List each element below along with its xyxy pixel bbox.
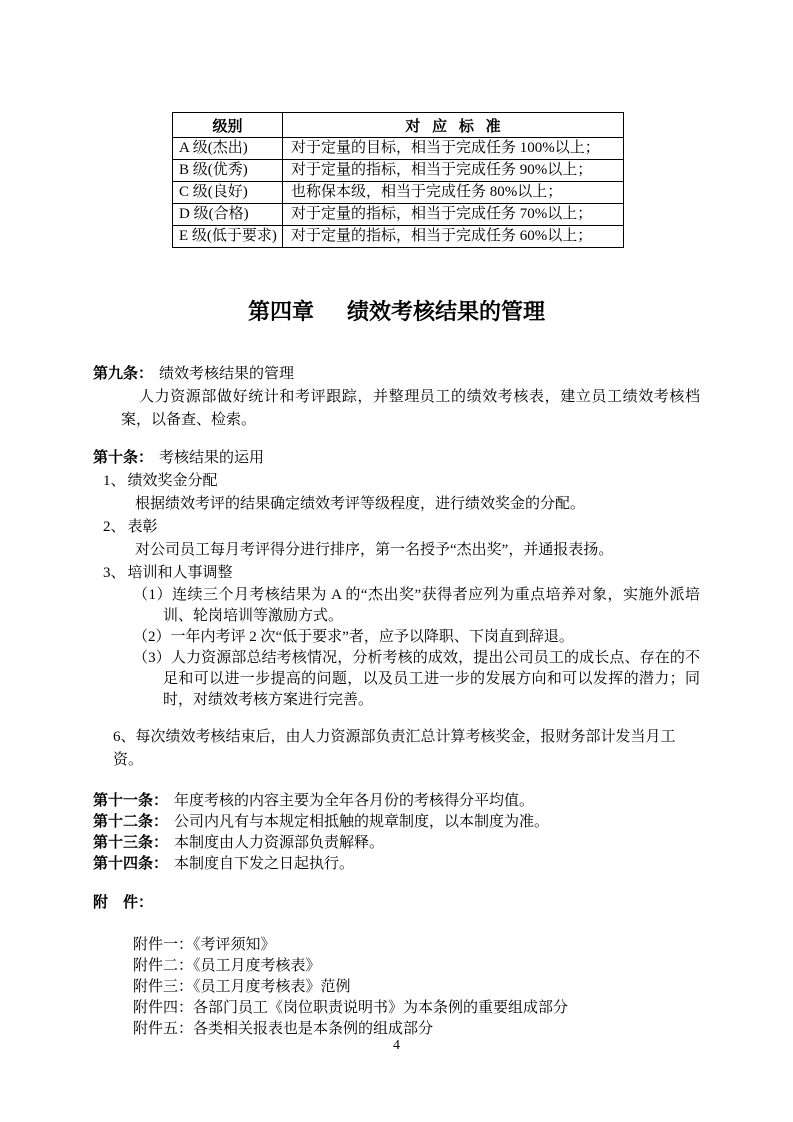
level-cell: E 级(低于要求): [173, 226, 283, 248]
article-11: 第十一条：年度考核的内容主要为全年各月份的考核得分平均值。: [93, 791, 700, 812]
article-10-heading: 第十条：考核结果的运用: [93, 447, 700, 470]
sub-item-1: （1）连续三个月考核结果为 A 的“杰出奖”获得者应列为重点培养对象，实施外派培…: [133, 585, 700, 627]
table-header-level: 级别: [173, 113, 283, 138]
list-item-3-heading: 3、培训和人事调整: [103, 562, 700, 585]
table-row: A 级(杰出) 对于定量的目标，相当于完成任务 100%以上；: [173, 138, 624, 160]
list-item-3-number: 3、: [103, 565, 126, 581]
article-11-label: 第十一条：: [93, 793, 168, 809]
attachment-item: 附件一：《考评须知》: [133, 935, 700, 956]
standard-cell: 对于定量的指标，相当于完成任务 70%以上；: [283, 204, 624, 226]
list-item-1-number: 1、: [103, 473, 126, 489]
table-header-row: 级别 对 应 标 准: [173, 113, 624, 138]
level-cell: B 级(优秀): [173, 160, 283, 182]
chapter-number: 第四章: [248, 299, 314, 324]
table-row: D 级(合格) 对于定量的指标，相当于完成任务 70%以上；: [173, 204, 624, 226]
document-page: 级别 对 应 标 准 A 级(杰出) 对于定量的目标，相当于完成任务 100%以…: [0, 0, 793, 1122]
list-item-3-title: 培训和人事调整: [128, 565, 233, 581]
table-row: B 级(优秀) 对于定量的指标，相当于完成任务 90%以上；: [173, 160, 624, 182]
standard-cell: 也称保本级，相当于完成任务 80%以上；: [283, 182, 624, 204]
attachment-item: 附件二：《员工月度考核表》: [133, 956, 700, 977]
attachment-item: 附件五：各类相关报表也是本条例的组成部分: [133, 1019, 700, 1040]
article-10-label: 第十条：: [93, 450, 153, 466]
attachments-label: 附 件：: [93, 892, 700, 915]
article-9-title: 绩效考核结果的管理: [159, 366, 294, 382]
list-item-2-heading: 2、表彰: [103, 516, 700, 539]
article-12-text: 公司内凡有与本规定相抵触的规章制度，以本制度为准。: [174, 814, 549, 830]
list-item-1-body: 根据绩效考评的结果确定绩效考评等级程度，进行绩效奖金的分配。: [135, 493, 700, 516]
page-content: 级别 对 应 标 准 A 级(杰出) 对于定量的目标，相当于完成任务 100%以…: [0, 0, 793, 1040]
level-cell: C 级(良好): [173, 182, 283, 204]
table-row: C 级(良好) 也称保本级，相当于完成任务 80%以上；: [173, 182, 624, 204]
article-13-text: 本制度由人力资源部负责解释。: [174, 835, 384, 851]
list-item-2-number: 2、: [103, 519, 126, 535]
articles-11-14: 第十一条：年度考核的内容主要为全年各月份的考核得分平均值。 第十二条：公司内凡有…: [93, 791, 700, 875]
page-number: 4: [0, 1038, 793, 1054]
article-14: 第十四条：本制度自下发之日起执行。: [93, 854, 700, 875]
article-9-label: 第九条：: [93, 366, 153, 382]
article-9: 第九条：绩效考核结果的管理 人力资源部做好统计和考评跟踪，并整理员工的绩效考核表…: [93, 363, 700, 432]
table-header-standard: 对 应 标 准: [283, 113, 624, 138]
article-13: 第十三条：本制度由人力资源部负责解释。: [93, 833, 700, 854]
article-9-heading: 第九条：绩效考核结果的管理: [93, 363, 700, 386]
grade-standard-table: 级别 对 应 标 准 A 级(杰出) 对于定量的目标，相当于完成任务 100%以…: [172, 112, 624, 248]
standard-cell: 对于定量的指标，相当于完成任务 90%以上；: [283, 160, 624, 182]
attachment-item: 附件四：各部门员工《岗位职责说明书》为本条例的重要组成部分: [133, 998, 700, 1019]
table-row: E 级(低于要求) 对于定量的指标，相当于完成任务 60%以上；: [173, 226, 624, 248]
sub-item-3: （3）人力资源部总结考核情况，分析考核的成效，提出公司员工的成长点、存在的不足和…: [133, 648, 700, 711]
list-item-6: 6、每次绩效考核结束后，由人力资源部负责汇总计算考核奖金，报财务部计发当月工资。: [113, 726, 700, 772]
level-cell: D 级(合格): [173, 204, 283, 226]
article-13-label: 第十三条：: [93, 835, 168, 851]
article-9-body: 人力资源部做好统计和考评跟踪，并整理员工的绩效考核表，建立员工绩效考核档案，以备…: [121, 386, 700, 432]
level-cell: A 级(杰出): [173, 138, 283, 160]
article-12-label: 第十二条：: [93, 814, 168, 830]
chapter-heading: 第四章绩效考核结果的管理: [93, 299, 700, 325]
attachment-item: 附件三：《员工月度考核表》范例: [133, 977, 700, 998]
article-11-text: 年度考核的内容主要为全年各月份的考核得分平均值。: [174, 793, 534, 809]
chapter-title: 绩效考核结果的管理: [347, 299, 545, 324]
list-item-1-title: 绩效奖金分配: [128, 473, 218, 489]
list-item-2-body: 对公司员工每月考评得分进行排序，第一名授予“杰出奖”，并通报表扬。: [135, 539, 700, 562]
list-item-2-title: 表彰: [128, 519, 158, 535]
list-item-1-heading: 1、绩效奖金分配: [103, 470, 700, 493]
article-14-text: 本制度自下发之日起执行。: [174, 856, 354, 872]
sub-item-2: （2）一年内考评 2 次“低于要求”者，应予以降职、下岗直到辞退。: [133, 627, 700, 648]
article-10-title: 考核结果的运用: [159, 450, 264, 466]
article-14-label: 第十四条：: [93, 856, 168, 872]
attachments-list: 附件一：《考评须知》 附件二：《员工月度考核表》 附件三：《员工月度考核表》范例…: [133, 935, 700, 1040]
article-10: 第十条：考核结果的运用 1、绩效奖金分配 根据绩效考评的结果确定绩效考评等级程度…: [93, 447, 700, 772]
standard-cell: 对于定量的目标，相当于完成任务 100%以上；: [283, 138, 624, 160]
standard-cell: 对于定量的指标，相当于完成任务 60%以上；: [283, 226, 624, 248]
article-12: 第十二条：公司内凡有与本规定相抵触的规章制度，以本制度为准。: [93, 812, 700, 833]
